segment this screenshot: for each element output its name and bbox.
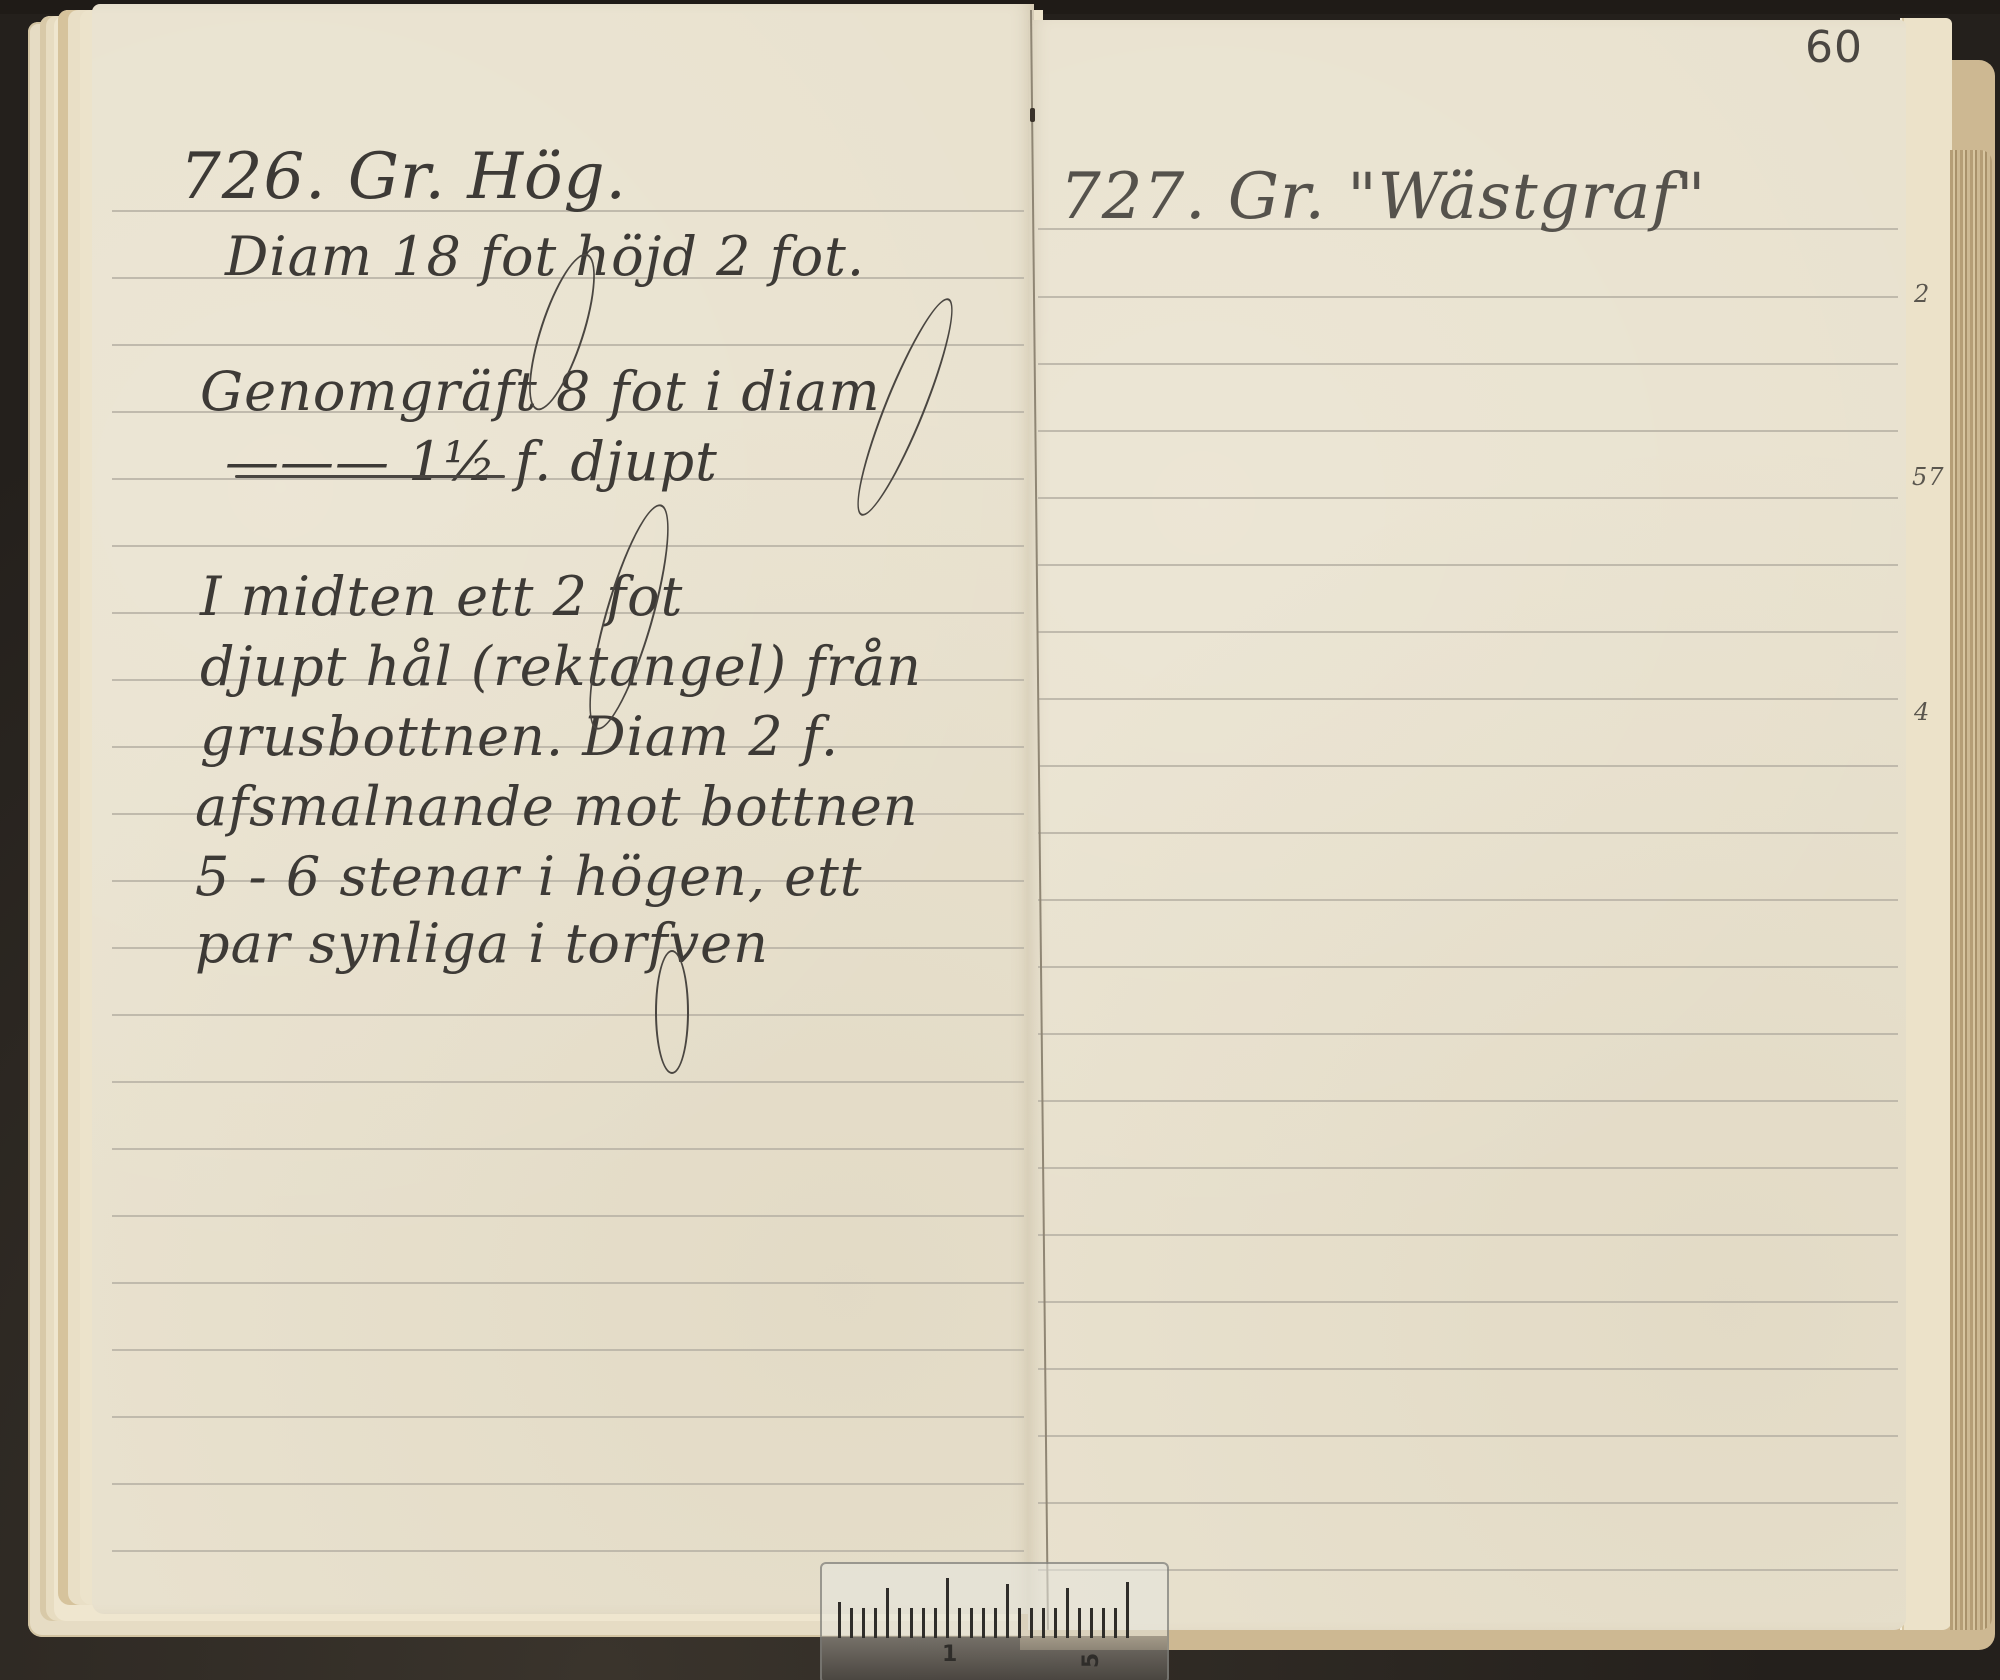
note-line: 5 - 6 stenar i högen, ett [195, 845, 863, 908]
ditto-stroke [235, 475, 505, 478]
note-line: grusbottnen. Diam 2 f. [200, 705, 839, 768]
margin-note: 57 [1912, 463, 1945, 491]
page-block-edge [1950, 150, 1992, 1630]
entry-heading-726: 726. Gr. Hög. [180, 140, 627, 214]
ruler-shadow [822, 1636, 1167, 1680]
note-line: Diam 18 fot höjd 2 fot. [225, 225, 865, 288]
margin-note: 4 [1914, 698, 1930, 726]
note-line: djupt hål (rektangel) från [200, 635, 922, 698]
right-page [1028, 20, 1906, 1630]
binding-thread [1030, 108, 1035, 122]
page-number: 60 [1805, 22, 1863, 73]
descender-loop [655, 950, 689, 1074]
margin-note: 2 [1914, 280, 1930, 308]
entry-heading-727: 727. Gr. "Wästgraf" [1060, 160, 1706, 234]
ruler-label: 5 [1079, 1653, 1104, 1668]
scale-ruler: 1 5 [820, 1562, 1169, 1680]
next-page-sliver: 2 57 4 [1900, 18, 1952, 1630]
ruler-label: 1 [942, 1642, 957, 1667]
note-line: afsmalnande mot bottnen [195, 775, 919, 838]
note-line: ——— 1½ f. djupt [225, 430, 718, 493]
